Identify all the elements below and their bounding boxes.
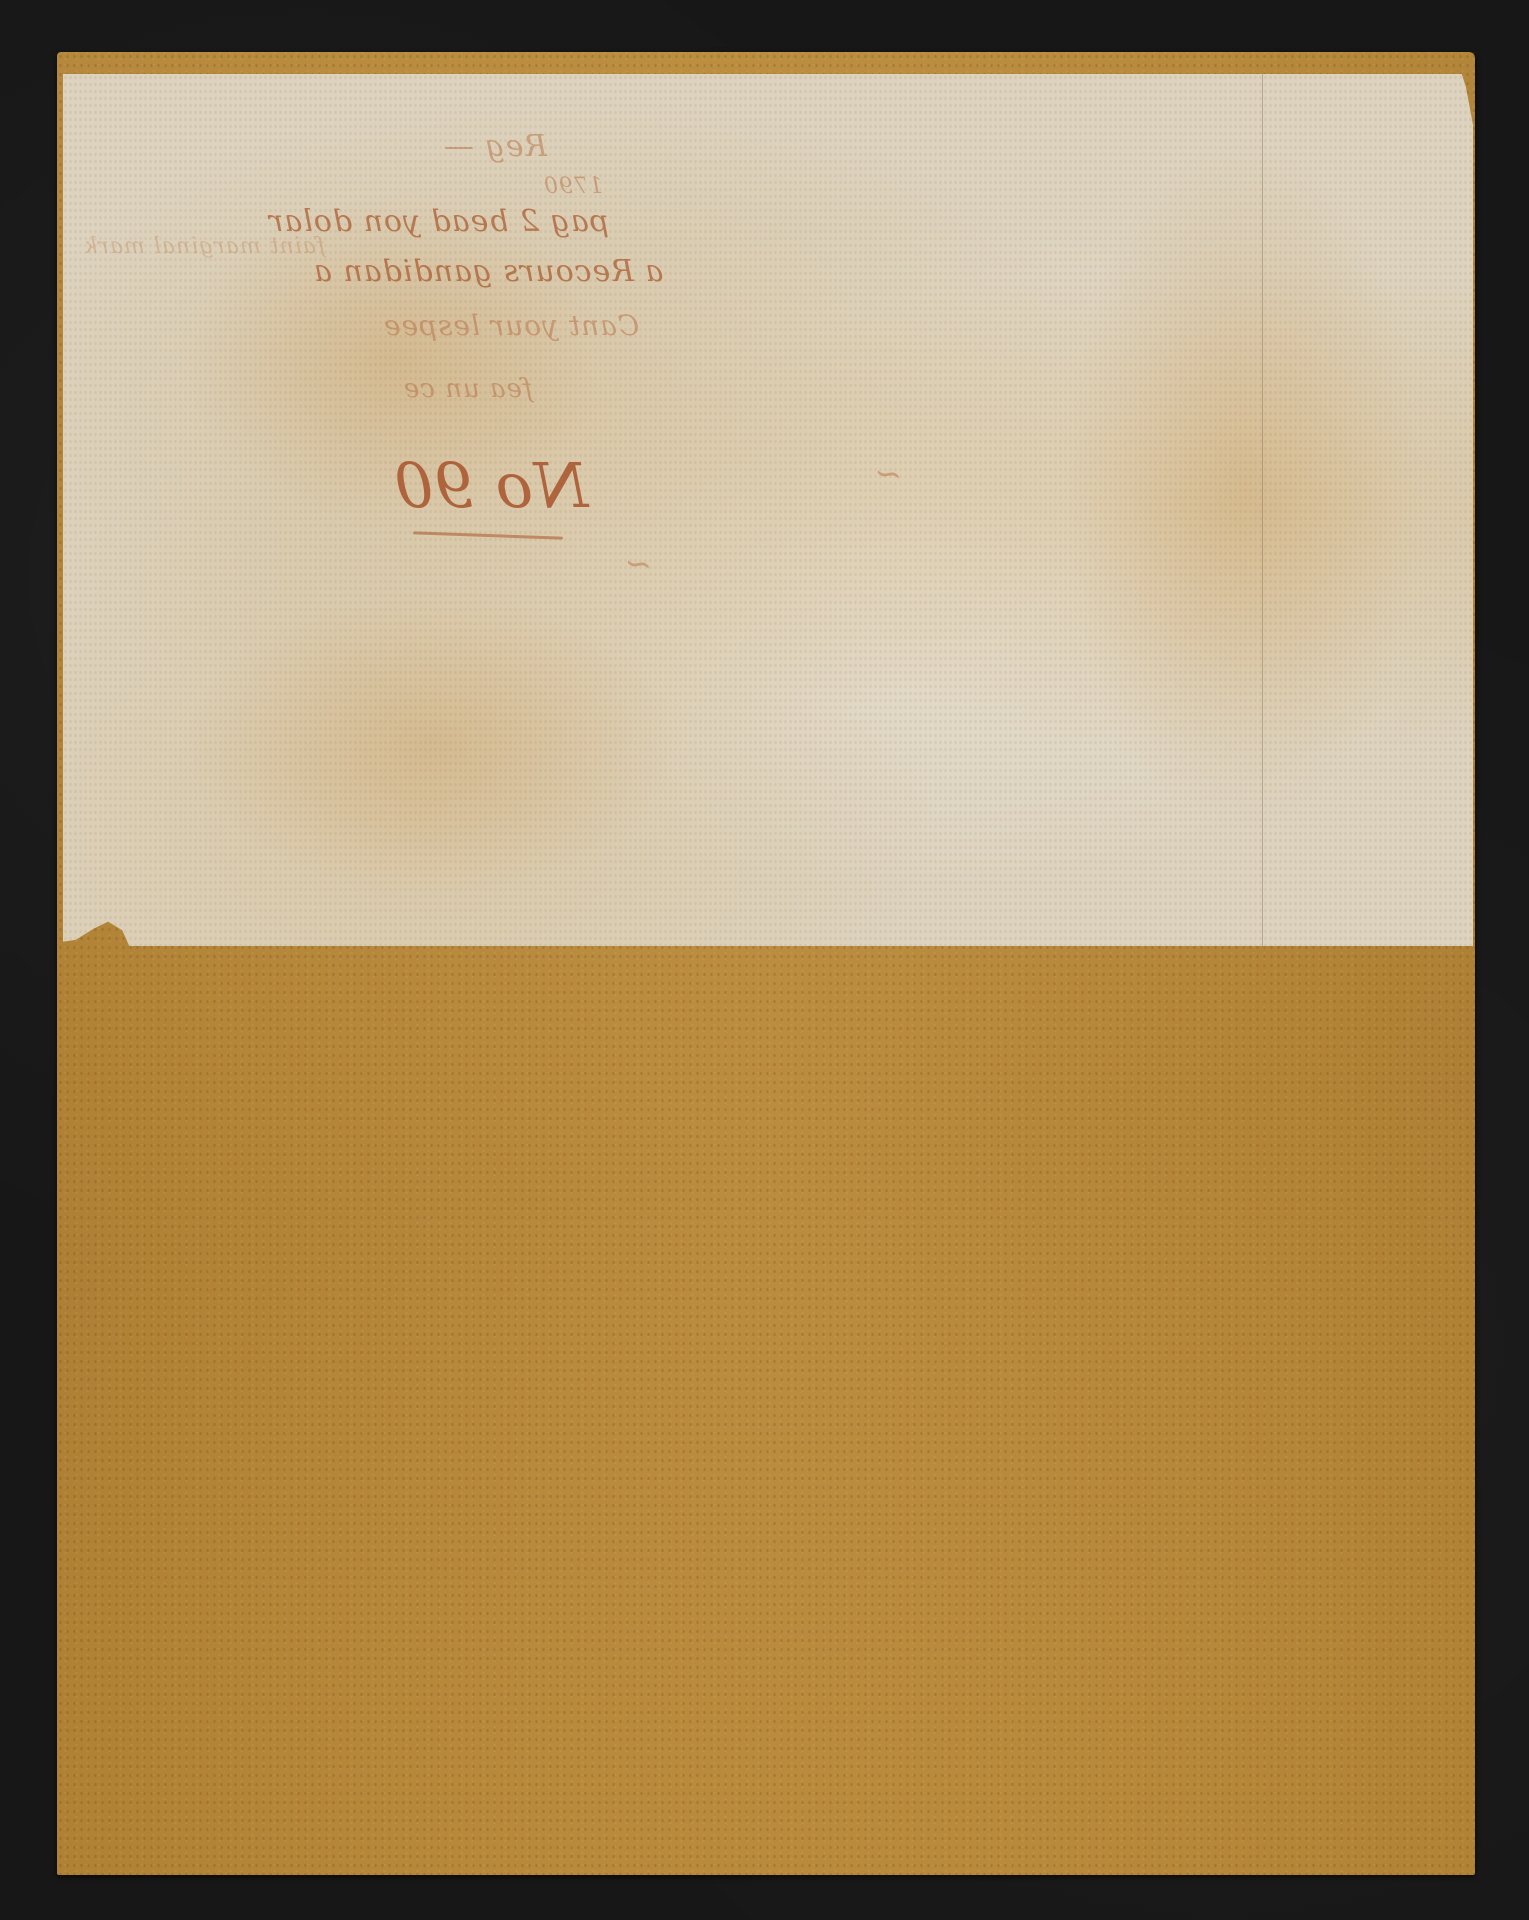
foxing-stain: [183, 194, 603, 524]
foxing-stain: [183, 594, 683, 894]
foxing-stain: [1063, 134, 1423, 834]
mirrored-handwriting-line: 1790: [543, 174, 603, 199]
mirrored-flourish: ~: [870, 452, 905, 496]
mirrored-handwriting-line: Reg —: [443, 129, 547, 164]
vertical-fold-line: [1262, 74, 1263, 946]
mirrored-handwriting-line: fea un ce: [403, 374, 532, 404]
number-underline: [413, 531, 563, 539]
mirrored-margin-mark: faint marginal mark: [83, 234, 325, 259]
mirrored-handwriting-line: a Recours gandidan a: [313, 254, 663, 289]
mirrored-flourish: ~: [620, 542, 655, 586]
mirrored-number-mark: No 90: [393, 449, 588, 522]
mirrored-handwriting-line: Cant your lespee: [383, 309, 639, 342]
document-sheet: Reg — 1790 pag 2 bead yon dolar a Recour…: [63, 74, 1473, 946]
mirrored-handwriting-line: pag 2 bead yon dolar: [268, 204, 609, 239]
